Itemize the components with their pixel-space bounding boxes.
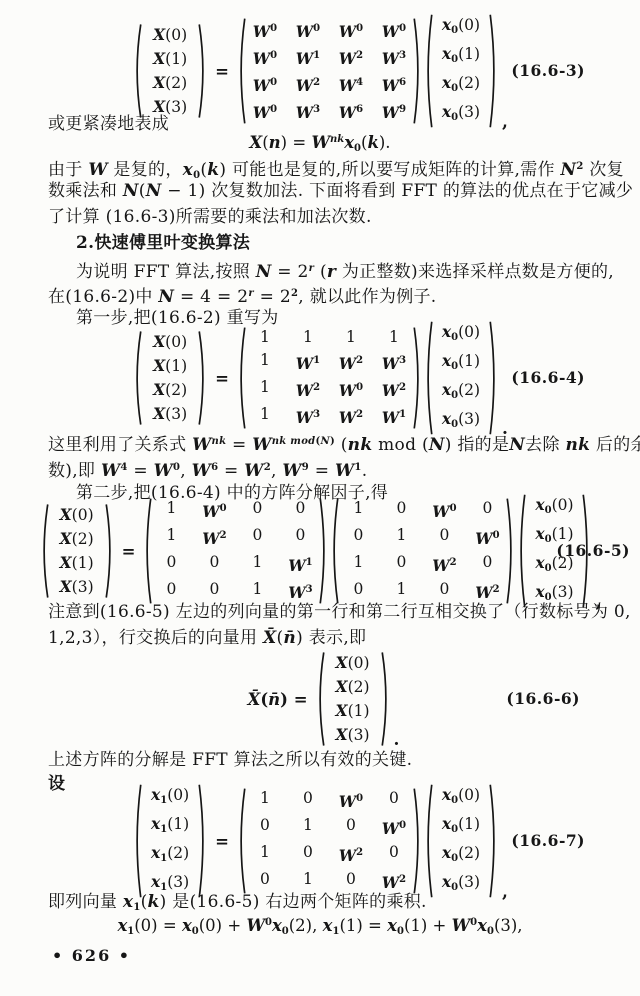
matrix-cell: 1 xyxy=(294,326,322,349)
equation-operator: = xyxy=(215,62,229,81)
matrix-cell: 0 xyxy=(243,497,271,524)
matrix-cell: 1 xyxy=(344,497,372,524)
matrix-cell: W6 xyxy=(337,98,365,125)
matrix-cell: X(1) xyxy=(54,551,100,575)
equation-16-6-7: x1(0)x1(1)x1(2)x1(3)=10W00010W010W20010W… xyxy=(0,792,640,890)
equation-body: X(0)X(1)X(2)X(3)=W0W0W0W0W0W1W2W3W0W2W4W… xyxy=(132,13,508,129)
matrix-cell: W4 xyxy=(337,71,365,98)
matrix-cell: W0 xyxy=(251,17,279,44)
matrix-cell: X(0) xyxy=(330,651,376,675)
matrix-cell: 0 xyxy=(380,787,408,814)
matrix-cell: 0 xyxy=(294,841,322,868)
matrix-cell: 1 xyxy=(337,326,365,349)
equation-16-6-5: X(0)X(2)X(1)X(3)=1W0001W200001W1001W310W… xyxy=(0,502,640,600)
left-paren-icon xyxy=(237,17,246,125)
matrix-cell: x0(1) xyxy=(438,42,484,71)
matrix-cell: 0 xyxy=(473,497,501,524)
matrix-cell: x0(1) xyxy=(438,349,484,378)
right-paren-icon xyxy=(413,326,422,430)
matrix-cell: 1 xyxy=(344,551,372,578)
column-vector: X(0)X(2)X(1)X(3) xyxy=(40,503,114,599)
matrix-cell: W0 xyxy=(294,17,322,44)
matrix-cell: W3 xyxy=(294,403,322,430)
right-paren-icon xyxy=(198,23,207,119)
matrix-cell: 0 xyxy=(157,551,185,578)
matrix-cell: x0(0) xyxy=(438,320,484,349)
matrix-cell: x0(2) xyxy=(438,71,484,100)
matrix-cell: X(2) xyxy=(54,527,100,551)
matrix-cell: W0 xyxy=(473,524,501,551)
left-paren-icon xyxy=(133,783,142,899)
matrix-cell: W0 xyxy=(200,497,228,524)
left-paren-icon xyxy=(237,787,246,895)
equation-label: (16.6-5) xyxy=(556,541,630,560)
equation-label: (16.6-6) xyxy=(506,689,580,708)
left-paren-icon xyxy=(143,497,152,605)
matrix-cell: x0(0) xyxy=(438,783,484,812)
paragraph4-line2: 1,2,3），行交换后的向量用 X̄(n̄) 表示,即 xyxy=(48,627,366,650)
matrix-cell: 1 xyxy=(157,497,185,524)
matrix-cell: W9 xyxy=(380,98,408,125)
matrix-cell: W0 xyxy=(337,17,365,44)
matrix-cell: W2 xyxy=(294,71,322,98)
matrix-cell: 1 xyxy=(251,787,279,814)
equation-punctuation: , xyxy=(502,115,508,129)
equation-punctuation: , xyxy=(502,885,508,899)
matrix: 10W00010W010W20010W2 xyxy=(330,497,515,605)
equation-operator: = xyxy=(215,832,229,851)
left-paren-icon xyxy=(40,503,49,599)
matrix-cell: X(3) xyxy=(54,575,100,599)
equation-label: (16.6-3) xyxy=(511,61,585,80)
matrix-cell: 1 xyxy=(294,814,322,841)
matrix-cell: x0(1) xyxy=(438,812,484,841)
right-paren-icon xyxy=(489,13,498,129)
left-paren-icon xyxy=(330,497,339,605)
matrix-cell: x0(3) xyxy=(438,870,484,899)
matrix-cell: W0 xyxy=(337,376,365,403)
page-number: • 626 • xyxy=(52,946,131,965)
matrix-cell: 0 xyxy=(430,524,458,551)
right-paren-icon xyxy=(381,651,390,747)
equation-body: x1(0)x1(1)x1(2)x1(3)=10W00010W010W20010W… xyxy=(132,783,508,899)
matrix-cell: X(0) xyxy=(54,503,100,527)
left-paren-icon xyxy=(133,330,142,426)
equation-operator: = xyxy=(122,542,136,561)
matrix-cell: W2 xyxy=(337,349,365,376)
right-paren-icon xyxy=(413,787,422,895)
equation-operator: X̄(n̄) = xyxy=(248,690,308,709)
matrix-cell: 0 xyxy=(473,551,501,578)
matrix-cell: 0 xyxy=(243,524,271,551)
matrix-cell: W0 xyxy=(251,98,279,125)
paragraph3-line1: 这里利用了关系式 Wnk = Wnk mod(N) (nk mod (N) 指的… xyxy=(48,430,640,457)
equation-punctuation: . xyxy=(394,733,400,747)
matrix-cell: x0(2) xyxy=(438,378,484,407)
paragraph1-line2: 数乘法和 N(N − 1) 次复数加法. 下面将看到 FFT 的算法的优点在于它… xyxy=(48,180,633,203)
matrix-cell: W2 xyxy=(294,376,322,403)
right-paren-icon xyxy=(489,783,498,899)
matrix-cell: W3 xyxy=(380,44,408,71)
matrix-cell: 1 xyxy=(157,524,185,551)
right-paren-icon xyxy=(489,320,498,436)
matrix: W0W0W0W0W0W1W2W3W0W2W4W6W0W3W6W9 xyxy=(237,17,422,125)
column-vector: X(0)X(1)X(2)X(3) xyxy=(133,330,207,426)
paragraph5-line1: 上述方阵的分解是 FFT 算法之所以有效的关键. xyxy=(48,749,412,772)
equation-operator: = xyxy=(215,369,229,388)
matrix: 10W00010W010W20010W2 xyxy=(237,787,422,895)
left-paren-icon xyxy=(424,783,433,899)
right-paren-icon xyxy=(506,497,515,605)
matrix-cell: X(3) xyxy=(147,402,193,426)
column-vector: X(0)X(1)X(2)X(3) xyxy=(133,23,207,119)
matrix-cell: 1 xyxy=(251,326,279,349)
right-paren-icon xyxy=(413,17,422,125)
right-paren-icon xyxy=(198,330,207,426)
left-paren-icon xyxy=(424,320,433,436)
equation-body: X(0)X(1)X(2)X(3)=11111W1W2W31W2W0W21W3W2… xyxy=(132,320,508,436)
matrix-cell: 1 xyxy=(251,376,279,403)
matrix-cell: X(1) xyxy=(147,354,193,378)
matrix-cell: W0 xyxy=(380,17,408,44)
matrix-cell: 0 xyxy=(387,497,415,524)
matrix-cell: 1 xyxy=(243,551,271,578)
matrix-cell: x1(0) xyxy=(147,783,193,812)
matrix-cell: W2 xyxy=(430,551,458,578)
matrix-cell: 1 xyxy=(251,349,279,376)
matrix-cell: W3 xyxy=(380,349,408,376)
matrix-cell: x1(1) xyxy=(147,812,193,841)
matrix-cell: W0 xyxy=(251,71,279,98)
equation-body: X̄(n̄) =X(0)X(2)X(1)X(3). xyxy=(241,651,400,747)
matrix-cell: X(2) xyxy=(330,675,376,699)
equation-body: X(0)X(2)X(1)X(3)=1W0001W200001W1001W310W… xyxy=(39,493,602,609)
matrix-cell: X(1) xyxy=(330,699,376,723)
equation-16-6-6: X̄(n̄) =X(0)X(2)X(1)X(3).(16.6-6) xyxy=(0,650,640,748)
left-paren-icon xyxy=(517,493,526,609)
matrix-cell: X(3) xyxy=(330,723,376,747)
column-vector: x1(0)x1(1)x1(2)x1(3) xyxy=(133,783,207,899)
right-paren-icon xyxy=(198,783,207,899)
matrix-cell: W3 xyxy=(294,98,322,125)
matrix-cell: 0 xyxy=(387,551,415,578)
paragraph2-line2: 在(16.6-2)中 N = 4 = 2r = 22, 就以此作为例子. xyxy=(48,282,437,309)
matrix-cell: W2 xyxy=(337,44,365,71)
matrix-cell: X(0) xyxy=(147,330,193,354)
matrix-cell: W2 xyxy=(337,841,365,868)
matrix-cell: 0 xyxy=(200,551,228,578)
equation-label: (16.6-4) xyxy=(511,368,585,387)
equation-label: (16.6-7) xyxy=(511,831,585,850)
matrix-cell: x0(2) xyxy=(438,841,484,870)
matrix-cell: W0 xyxy=(380,814,408,841)
right-paren-icon xyxy=(105,503,114,599)
matrix-cell: 1 xyxy=(380,326,408,349)
paragraph6-line1: 即列向量 x1(k) 是(16.6-5) 右边两个矩阵的乘积. xyxy=(48,891,427,919)
left-paren-icon xyxy=(424,13,433,129)
matrix-cell: 0 xyxy=(286,497,314,524)
matrix-cell: 1 xyxy=(251,403,279,430)
matrix-cell: W0 xyxy=(251,44,279,71)
matrix-cell: 1 xyxy=(387,524,415,551)
matrix-cell: x0(0) xyxy=(531,493,577,522)
matrix-cell: x0(0) xyxy=(438,13,484,42)
matrix: 1W0001W200001W1001W3 xyxy=(143,497,328,605)
matrix-cell: X(2) xyxy=(147,378,193,402)
matrix-cell: W0 xyxy=(430,497,458,524)
left-paren-icon xyxy=(133,23,142,119)
matrix-cell: x0(3) xyxy=(438,100,484,129)
matrix-cell: W1 xyxy=(286,551,314,578)
matrix-cell: W1 xyxy=(294,349,322,376)
formula-compact: X(n) = Wnkx0(k). xyxy=(0,133,640,154)
matrix: 11111W1W2W31W2W0W21W3W2W1 xyxy=(237,326,422,430)
matrix-cell: W0 xyxy=(337,787,365,814)
equation-16-6-3: X(0)X(1)X(2)X(3)=W0W0W0W0W0W1W2W3W0W2W4W… xyxy=(0,22,640,120)
equation-16-6-4: X(0)X(1)X(2)X(3)=11111W1W2W31W2W0W21W3W2… xyxy=(0,328,640,428)
matrix-cell: W2 xyxy=(200,524,228,551)
matrix-cell: 1 xyxy=(251,841,279,868)
matrix-cell: 0 xyxy=(251,814,279,841)
formula-final: x1(0) = x0(0) + W0x0(2), x1(1) = x0(1) +… xyxy=(0,916,640,937)
matrix-cell: W1 xyxy=(294,44,322,71)
left-paren-icon xyxy=(316,651,325,747)
paragraph1-line3: 了计算 (16.6-3)所需要的乘法和加法次数. xyxy=(48,206,372,229)
right-paren-icon xyxy=(319,497,328,605)
column-vector: x0(0)x0(1)x0(2)x0(3) xyxy=(424,783,498,899)
column-vector: x0(0)x0(1)x0(2)x0(3) xyxy=(424,320,498,436)
matrix-cell: 0 xyxy=(344,524,372,551)
matrix-cell: 0 xyxy=(286,524,314,551)
matrix-cell: 0 xyxy=(294,787,322,814)
paragraph4-line1: 注意到(16.6-5) 左边的列向量的第一行和第二行互相交换了（行数标号为 0, xyxy=(48,601,631,624)
matrix-cell: X(0) xyxy=(147,23,193,47)
column-vector: x0(0)x0(1)x0(2)x0(3) xyxy=(424,13,498,129)
matrix-cell: X(2) xyxy=(147,71,193,95)
section-heading: 2.快速傅里叶变换算法 xyxy=(76,232,250,255)
matrix-cell: 0 xyxy=(380,841,408,868)
matrix-cell: X(1) xyxy=(147,47,193,71)
column-vector: X(0)X(2)X(1)X(3) xyxy=(316,651,390,747)
matrix-cell: W6 xyxy=(380,71,408,98)
paragraph3-line2: 数),即 W4 = W0, W6 = W2, W9 = W1. xyxy=(48,456,367,483)
matrix-cell: 0 xyxy=(337,814,365,841)
left-paren-icon xyxy=(237,326,246,430)
matrix-cell: x1(2) xyxy=(147,841,193,870)
matrix-cell: W2 xyxy=(380,376,408,403)
matrix-cell: W1 xyxy=(380,403,408,430)
paragraph2-line1: 为说明 FFT 算法,按照 N = 2r (r 为正整数)来选择采样点数是方便的… xyxy=(76,257,614,284)
matrix-cell: W2 xyxy=(337,403,365,430)
